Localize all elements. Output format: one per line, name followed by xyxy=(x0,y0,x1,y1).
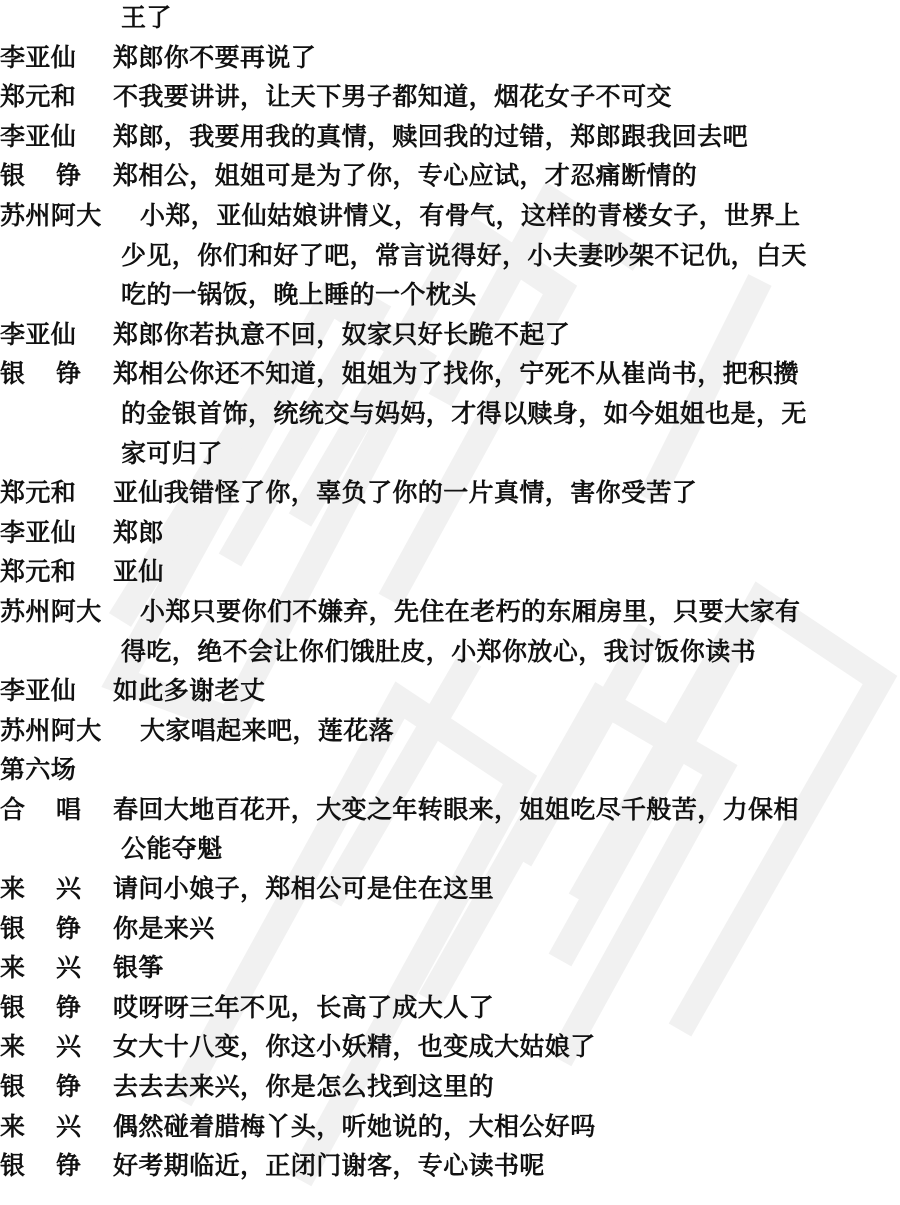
speaker-name: 郑元和 xyxy=(0,77,76,117)
speaker-name: 银铮 xyxy=(0,909,112,949)
dialogue-line: 郑元和不我要讲讲，让天下男子都知道，烟花女子不可交 xyxy=(0,77,900,117)
speaker-name: 来兴 xyxy=(0,869,112,909)
dialogue-continuation: 家可归了 xyxy=(0,434,900,474)
dialogue-line: 李亚仙郑郎你若执意不回，奴家只好长跪不起了 xyxy=(0,315,900,355)
dialogue-text: 亚仙 xyxy=(113,552,164,592)
dialogue-line: 苏州阿大小郑只要你们不嫌弃，先住在老朽的东厢房里，只要大家有 xyxy=(0,592,900,632)
dialogue-text: 小郑，亚仙姑娘讲情义，有骨气，这样的青楼女子，世界上 xyxy=(140,196,800,236)
dialogue-line: 郑元和亚仙我错怪了你，辜负了你的一片真情，害你受苦了 xyxy=(0,473,900,513)
dialogue-line: 银铮去去去来兴，你是怎么找到这里的 xyxy=(0,1067,900,1107)
dialogue-text: 去去去来兴，你是怎么找到这里的 xyxy=(113,1067,494,1107)
scene-heading: 第六场 xyxy=(0,750,900,790)
dialogue-line: 银铮你是来兴 xyxy=(0,909,900,949)
dialogue-text: 大家唱起来吧，莲花落 xyxy=(140,711,394,751)
dialogue-continuation: 少见，你们和好了吧，常言说得好，小夫妻吵架不记仇，白天 xyxy=(0,236,900,276)
dialogue-text: 哎呀呀三年不见，长高了成大人了 xyxy=(113,988,494,1028)
dialogue-line: 苏州阿大小郑，亚仙姑娘讲情义，有骨气，这样的青楼女子，世界上 xyxy=(0,196,900,236)
speaker-name: 银铮 xyxy=(0,156,112,196)
dialogue-text: 女大十八变，你这小妖精，也变成大姑娘了 xyxy=(113,1027,596,1067)
dialogue-text: 偶然碰着腊梅丫头，听她说的，大相公好吗 xyxy=(113,1107,596,1147)
dialogue-line: 李亚仙如此多谢老丈 xyxy=(0,671,900,711)
dialogue-text: 银筝 xyxy=(113,948,164,988)
speaker-name: 郑元和 xyxy=(0,552,76,592)
dialogue-continuation: 王了 xyxy=(0,0,900,38)
dialogue-line: 银铮郑相公你还不知道，姐姐为了找你，宁死不从崔尚书，把积攒 xyxy=(0,354,900,394)
dialogue-line: 李亚仙郑郎，我要用我的真情，赎回我的过错，郑郎跟我回去吧 xyxy=(0,117,900,157)
dialogue-text: 郑相公，姐姐可是为了你，专心应试，才忍痛断情的 xyxy=(113,156,697,196)
dialogue-continuation: 得吃，绝不会让你们饿肚皮，小郑你放心，我讨饭你读书 xyxy=(0,632,900,672)
dialogue-text: 如此多谢老丈 xyxy=(113,671,265,711)
dialogue-text: 吃的一锅饭，晚上睡的一个枕头 xyxy=(121,275,477,315)
dialogue-text: 亚仙我错怪了你，辜负了你的一片真情，害你受苦了 xyxy=(113,473,697,513)
dialogue-line: 合唱春回大地百花开，大变之年转眼来，姐姐吃尽千般苦，力保相 xyxy=(0,790,900,830)
dialogue-line: 银铮郑相公，姐姐可是为了你，专心应试，才忍痛断情的 xyxy=(0,156,900,196)
dialogue-line: 银铮好考期临近，正闭门谢客，专心读书呢 xyxy=(0,1146,900,1186)
dialogue-text: 王了 xyxy=(121,0,172,38)
speaker-name: 来兴 xyxy=(0,1027,112,1067)
dialogue-text: 的金银首饰，统统交与妈妈，才得以赎身，如今姐姐也是，无 xyxy=(121,394,807,434)
dialogue-continuation: 的金银首饰，统统交与妈妈，才得以赎身，如今姐姐也是，无 xyxy=(0,394,900,434)
speaker-name: 来兴 xyxy=(0,1107,112,1147)
dialogue-continuation: 公能夺魁 xyxy=(0,829,900,869)
speaker-name: 合唱 xyxy=(0,790,112,830)
speaker-name: 郑元和 xyxy=(0,473,76,513)
dialogue-text: 公能夺魁 xyxy=(121,829,223,869)
dialogue-text: 少见，你们和好了吧，常言说得好，小夫妻吵架不记仇，白天 xyxy=(121,236,807,276)
speaker-name: 苏州阿大 xyxy=(0,196,102,236)
dialogue-text: 郑郎，我要用我的真情，赎回我的过错，郑郎跟我回去吧 xyxy=(113,117,748,157)
dialogue-text: 郑相公你还不知道，姐姐为了找你，宁死不从崔尚书，把积攒 xyxy=(113,354,799,394)
speaker-name: 李亚仙 xyxy=(0,513,76,553)
dialogue-text: 家可归了 xyxy=(121,434,223,474)
scene-title: 第六场 xyxy=(0,750,76,790)
speaker-name: 李亚仙 xyxy=(0,117,76,157)
dialogue-text: 小郑只要你们不嫌弃，先住在老朽的东厢房里，只要大家有 xyxy=(140,592,800,632)
speaker-name: 银铮 xyxy=(0,1146,112,1186)
dialogue-line: 来兴女大十八变，你这小妖精，也变成大姑娘了 xyxy=(0,1027,900,1067)
dialogue-text: 得吃，绝不会让你们饿肚皮，小郑你放心，我讨饭你读书 xyxy=(121,632,756,672)
speaker-name: 苏州阿大 xyxy=(0,711,102,751)
dialogue-line: 来兴偶然碰着腊梅丫头，听她说的，大相公好吗 xyxy=(0,1107,900,1147)
dialogue-line: 银铮哎呀呀三年不见，长高了成大人了 xyxy=(0,988,900,1028)
dialogue-text: 郑郎 xyxy=(113,513,164,553)
speaker-name: 李亚仙 xyxy=(0,671,76,711)
dialogue-text: 不我要讲讲，让天下男子都知道，烟花女子不可交 xyxy=(113,77,672,117)
speaker-name: 苏州阿大 xyxy=(0,592,102,632)
speaker-name: 来兴 xyxy=(0,948,112,988)
script-page: 王了李亚仙郑郎你不要再说了郑元和不我要讲讲，让天下男子都知道，烟花女子不可交李亚… xyxy=(0,0,900,1186)
speaker-name: 银铮 xyxy=(0,988,112,1028)
dialogue-text: 郑郎你不要再说了 xyxy=(113,38,316,78)
speaker-name: 银铮 xyxy=(0,1067,112,1107)
speaker-name: 李亚仙 xyxy=(0,38,76,78)
dialogue-line: 苏州阿大大家唱起来吧，莲花落 xyxy=(0,711,900,751)
dialogue-text: 好考期临近，正闭门谢客，专心读书呢 xyxy=(113,1146,545,1186)
dialogue-line: 李亚仙郑郎 xyxy=(0,513,900,553)
dialogue-text: 请问小娘子，郑相公可是住在这里 xyxy=(113,869,494,909)
dialogue-line: 来兴请问小娘子，郑相公可是住在这里 xyxy=(0,869,900,909)
dialogue-line: 郑元和亚仙 xyxy=(0,552,900,592)
dialogue-text: 春回大地百花开，大变之年转眼来，姐姐吃尽千般苦，力保相 xyxy=(113,790,799,830)
dialogue-line: 李亚仙郑郎你不要再说了 xyxy=(0,38,900,78)
dialogue-text: 郑郎你若执意不回，奴家只好长跪不起了 xyxy=(113,315,570,355)
speaker-name: 银铮 xyxy=(0,354,112,394)
dialogue-continuation: 吃的一锅饭，晚上睡的一个枕头 xyxy=(0,275,900,315)
dialogue-text: 你是来兴 xyxy=(113,909,215,949)
speaker-name: 李亚仙 xyxy=(0,315,76,355)
dialogue-line: 来兴银筝 xyxy=(0,948,900,988)
